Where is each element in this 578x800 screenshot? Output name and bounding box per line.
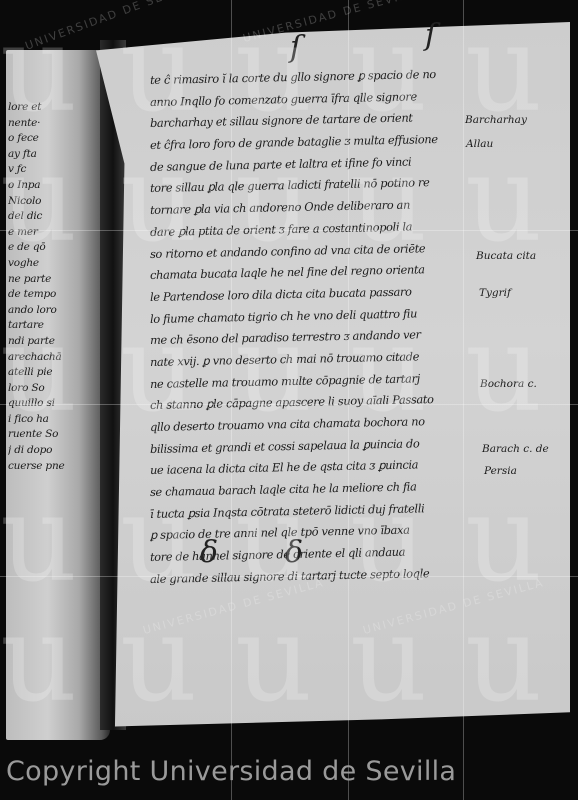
left-line: de tempo: [8, 287, 76, 303]
left-line: o Inpa: [8, 178, 76, 194]
left-line: i fico ha: [8, 412, 76, 428]
left-line: atelli pie: [8, 365, 76, 381]
left-line: voghe: [8, 256, 76, 272]
left-line: nente·: [8, 116, 76, 132]
ascender-flourish: ſ: [425, 18, 436, 53]
watermark-grid-line: [0, 404, 578, 405]
left-line: j di dopo: [8, 443, 76, 459]
left-line: ay fta: [8, 147, 76, 163]
ascender-flourish: ſ: [290, 30, 301, 65]
left-line: ndi parte: [8, 334, 76, 350]
watermark-grid-line: [463, 0, 464, 800]
manuscript-scan: lore et nente· o fece ay fta v ƒc o Inpa…: [0, 0, 578, 800]
left-line: del dic: [8, 209, 76, 225]
margin-note: Barcharhay: [465, 114, 527, 126]
left-line: tartare: [8, 318, 76, 334]
left-line: Nicolo: [8, 194, 76, 210]
margin-note: Bochora c.: [480, 378, 537, 390]
watermark-grid-line: [348, 0, 349, 800]
left-line: v ƒc: [8, 162, 76, 178]
copyright-notice: Copyright Universidad de Sevilla: [6, 756, 456, 787]
watermark-grid-line: [0, 230, 578, 231]
descender-flourish: δ: [285, 535, 303, 570]
left-page-text: lore et nente· o fece ay fta v ƒc o Inpa…: [8, 100, 76, 474]
descender-flourish: δ: [200, 535, 218, 570]
left-line: e mer: [8, 225, 76, 241]
margin-note: Barach c. de: [482, 443, 549, 455]
left-line: loro So: [8, 381, 76, 397]
main-page-text: te ĉ rimasiro ĭ la corte du gllo signore…: [150, 70, 470, 591]
margin-note: Tygrif: [479, 287, 511, 299]
left-line: e de qō: [8, 240, 76, 256]
left-page: lore et nente· o fece ay fta v ƒc o Inpa…: [6, 50, 110, 740]
watermark-grid-line: [0, 576, 578, 577]
margin-note: Persia: [484, 465, 517, 477]
watermark-grid-line: [231, 0, 232, 800]
left-line: cuerse pne: [8, 459, 76, 475]
left-line: lore et: [8, 100, 76, 116]
left-line: ruente So: [8, 427, 76, 443]
left-line: ne parte: [8, 272, 76, 288]
left-line: o fece: [8, 131, 76, 147]
left-line: arechachā: [8, 350, 76, 366]
left-line: ando loro: [8, 303, 76, 319]
margin-note: Bucata cita: [476, 250, 536, 262]
margin-note: Allau: [466, 138, 493, 150]
